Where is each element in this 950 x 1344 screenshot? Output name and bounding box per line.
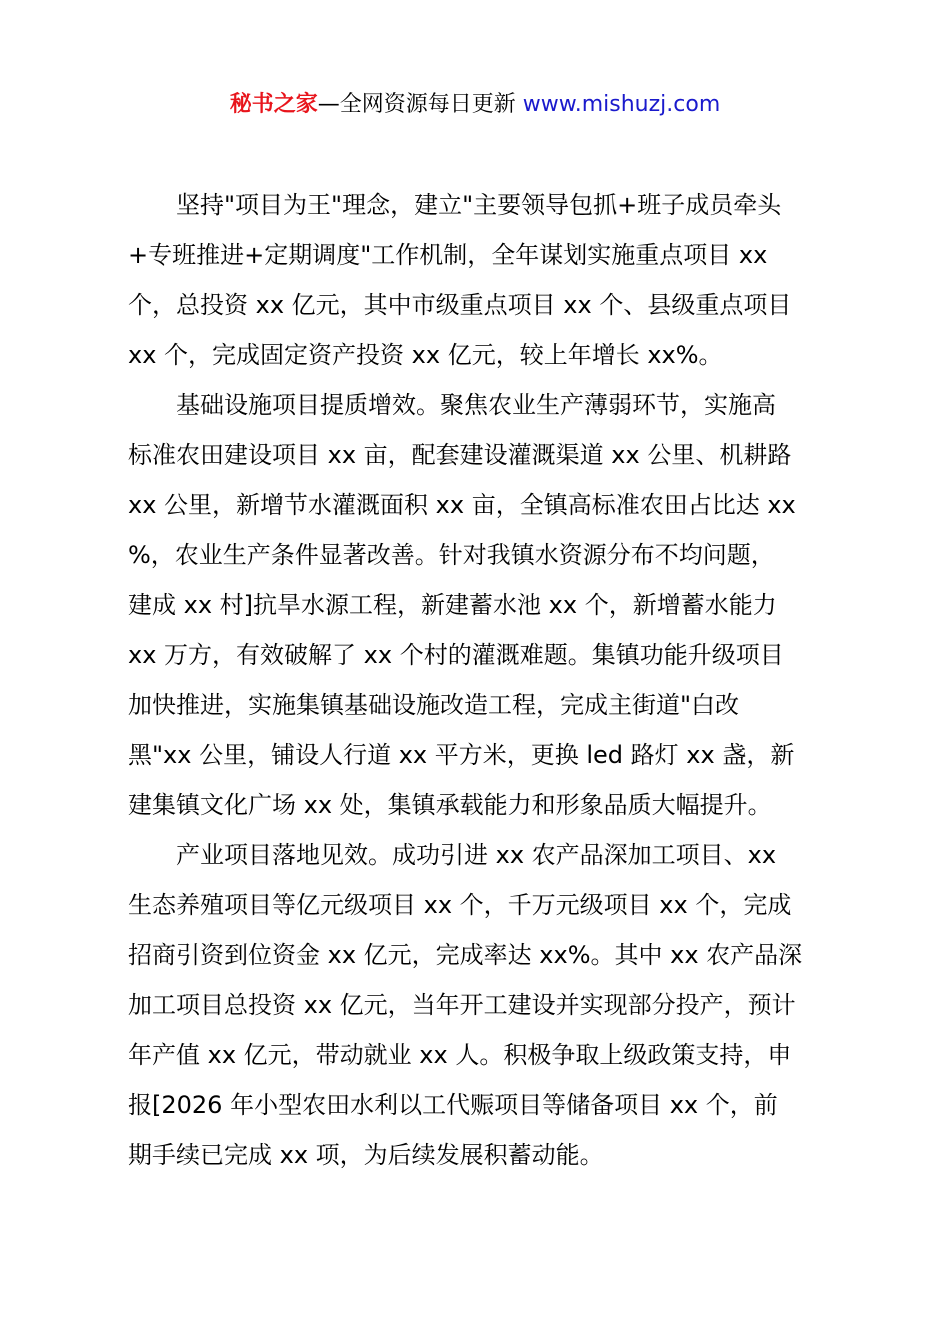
- text-line: 个，总投资 xx 亿元，其中市级重点项目 xx 个、县级重点项目: [128, 280, 834, 330]
- header-tagline: —全网资源每日更新: [318, 92, 523, 117]
- text-line: xx 公里，新增节水灌溉面积 xx 亩，全镇高标准农田占比达 xx: [128, 480, 834, 530]
- text-line: 期手续已完成 xx 项，为后续发展积蓄动能。: [128, 1130, 834, 1180]
- text-line: xx 个，完成固定资产投资 xx 亿元，较上年增长 xx%。: [128, 330, 834, 380]
- text-line: 黑"xx 公里，铺设人行道 xx 平方米，更换 led 路灯 xx 盏，新: [128, 730, 834, 780]
- text-line: 建成 xx 村]抗旱水源工程，新建蓄水池 xx 个，新增蓄水能力: [128, 580, 834, 630]
- text-line: xx 万方，有效破解了 xx 个村的灌溉难题。集镇功能升级项目: [128, 630, 834, 680]
- text-line: 建集镇文化广场 xx 处，集镇承载能力和形象品质大幅提升。: [128, 780, 834, 830]
- paragraph-infrastructure: 基础设施项目提质增效。聚焦农业生产薄弱环节，实施高 标准农田建设项目 xx 亩，…: [128, 380, 834, 830]
- document-body: 坚持"项目为王"理念，建立"主要领导包抓+班子成员牵头 +专班推进+定期调度"工…: [128, 180, 834, 1180]
- paragraph-industry: 产业项目落地见效。成功引进 xx 农产品深加工项目、xx 生态养殖项目等亿元级项…: [128, 830, 834, 1180]
- text-line: 加工项目总投资 xx 亿元，当年开工建设并实现部分投产，预计: [128, 980, 834, 1030]
- brand-name: 秘书之家: [230, 92, 318, 117]
- paragraph-project-mechanism: 坚持"项目为王"理念，建立"主要领导包抓+班子成员牵头 +专班推进+定期调度"工…: [128, 180, 834, 380]
- text-line: 生态养殖项目等亿元级项目 xx 个，千万元级项目 xx 个，完成: [128, 880, 834, 930]
- text-line: 报[2026 年小型农田水利以工代赈项目等储备项目 xx 个，前: [128, 1080, 834, 1130]
- site-link[interactable]: www.mishuzj.com: [523, 92, 720, 117]
- text-line: 招商引资到位资金 xx 亿元，完成率达 xx%。其中 xx 农产品深: [128, 930, 834, 980]
- text-line: 产业项目落地见效。成功引进 xx 农产品深加工项目、xx: [128, 830, 834, 880]
- page-header: 秘书之家—全网资源每日更新 www.mishuzj.com: [0, 88, 950, 122]
- text-line: 加快推进，实施集镇基础设施改造工程，完成主街道"白改: [128, 680, 834, 730]
- text-line: 基础设施项目提质增效。聚焦农业生产薄弱环节，实施高: [128, 380, 834, 430]
- text-line: 年产值 xx 亿元，带动就业 xx 人。积极争取上级政策支持，申: [128, 1030, 834, 1080]
- text-line: +专班推进+定期调度"工作机制，全年谋划实施重点项目 xx: [128, 230, 834, 280]
- text-line: %，农业生产条件显著改善。针对我镇水资源分布不均问题，: [128, 530, 834, 580]
- text-line: 标准农田建设项目 xx 亩，配套建设灌溉渠道 xx 公里、机耕路: [128, 430, 834, 480]
- text-line: 坚持"项目为王"理念，建立"主要领导包抓+班子成员牵头: [128, 180, 834, 230]
